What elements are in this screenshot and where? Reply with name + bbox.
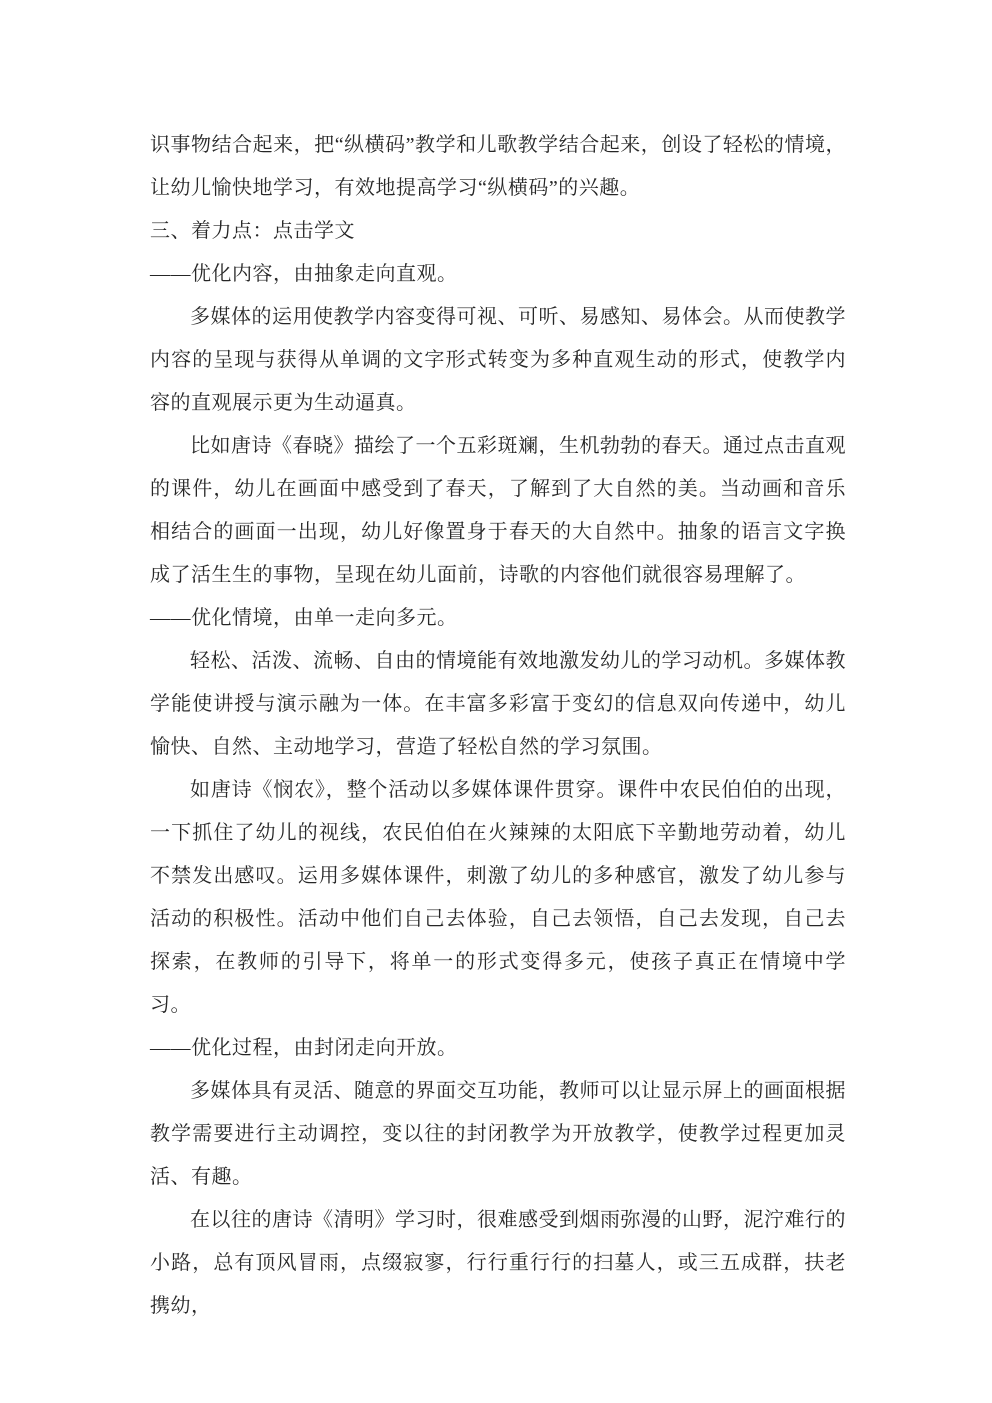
paragraph-qingming-example: 在以往的唐诗《清明》学习时，很难感受到烟雨弥漫的山野，泥泞难行的小路，总有顶风冒… (150, 1199, 846, 1328)
subheading-optimize-context: ——优化情境，由单一走向多元。 (150, 597, 846, 640)
document-page: 识事物结合起来，把“纵横码”教学和儿歌教学结合起来，创设了轻松的情境，让幼儿愉快… (0, 0, 992, 1403)
paragraph-relaxed-context: 轻松、活泼、流畅、自由的情境能有效地激发幼儿的学习动机。多媒体教学能使讲授与演示… (150, 640, 846, 769)
paragraph-continuation: 识事物结合起来，把“纵横码”教学和儿歌教学结合起来，创设了轻松的情境，让幼儿愉快… (150, 124, 846, 210)
paragraph-multimedia-visual: 多媒体的运用使教学内容变得可视、可听、易感知、易体会。从而使教学内容的呈现与获得… (150, 296, 846, 425)
paragraph-minnong-example: 如唐诗《悯农》，整个活动以多媒体课件贯穿。课件中农民伯伯的出现，一下抓住了幼儿的… (150, 769, 846, 1027)
subheading-optimize-process: ——优化过程，由封闭走向开放。 (150, 1027, 846, 1070)
heading-section-three: 三、着力点：点击学文 (150, 210, 846, 253)
subheading-optimize-content: ——优化内容，由抽象走向直观。 (150, 253, 846, 296)
document-body: 识事物结合起来，把“纵横码”教学和儿歌教学结合起来，创设了轻松的情境，让幼儿愉快… (150, 124, 846, 1328)
paragraph-interactive-interface: 多媒体具有灵活、随意的界面交互功能，教师可以让显示屏上的画面根据教学需要进行主动… (150, 1070, 846, 1199)
paragraph-chunxiao-example: 比如唐诗《春晓》描绘了一个五彩斑斓，生机勃勃的春天。通过点击直观的课件，幼儿在画… (150, 425, 846, 597)
